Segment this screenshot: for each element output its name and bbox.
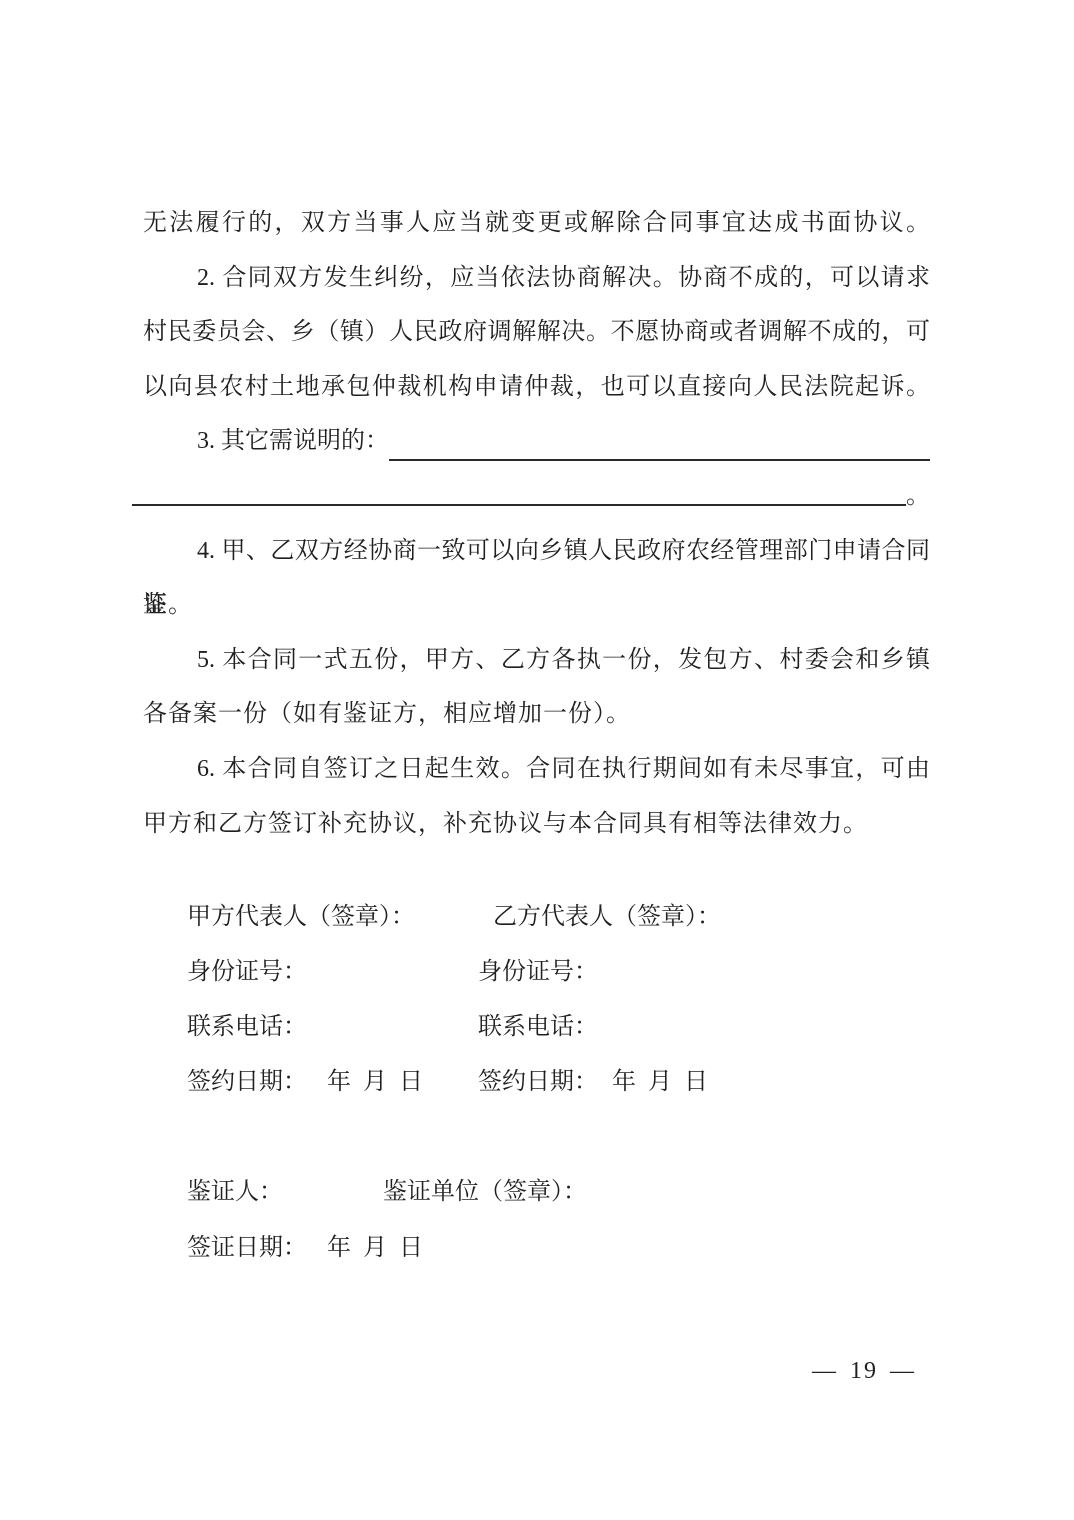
contract-line-continuation: 无法履行的，双方当事人应当就变更或解除合同事宜达成书面协议。 — [143, 196, 930, 251]
phone-row: 联系电话： 联系电话： — [143, 1000, 930, 1055]
sign-date-row: 签约日期： 年 月 日 签约日期： 年 月 日 — [143, 1055, 930, 1110]
witness-person-label: 鉴证人： — [187, 1164, 283, 1220]
party-b-sign-date-value: 年 月 日 — [612, 1055, 708, 1110]
party-a-representative-label: 甲方代表人（签章）： — [187, 890, 415, 945]
clause-3-label: 3. 其它需说明的： — [197, 414, 389, 469]
witness-date-label: 签证日期： — [187, 1220, 307, 1276]
clause-5-line-1: 5. 本合同一式五份，甲方、乙方各执一份，发包方、村委会和乡镇 — [143, 633, 930, 688]
party-a-sign-date-label: 签约日期： — [187, 1055, 307, 1110]
clause-6-line-2: 甲方和乙方签订补充协议，补充协议与本合同具有相等法律效力。 — [143, 797, 930, 852]
party-b-sign-date-label: 签约日期： — [478, 1055, 598, 1110]
clause-2-line-2: 村民委员会、乡（镇）人民政府调解解决。不愿协商或者调解不成的，可 — [143, 305, 930, 360]
party-a-phone-label: 联系电话： — [187, 1000, 307, 1055]
witness-block: 鉴证人： 鉴证单位（签章）： 签证日期： 年 月 日 — [143, 1164, 930, 1276]
party-b-representative-label: 乙方代表人（签章）： — [493, 890, 721, 945]
party-a-id-label: 身份证号： — [187, 945, 307, 1000]
clause-6-line-1: 6. 本合同自签订之日起生效。合同在执行期间如有未尽事宜，可由 — [143, 742, 930, 797]
witness-unit-label: 鉴证单位（签章）： — [383, 1164, 587, 1220]
witness-date-value: 年 月 日 — [327, 1220, 423, 1276]
witness-row: 鉴证人： 鉴证单位（签章）： — [143, 1164, 930, 1220]
party-b-id-label: 身份证号： — [478, 945, 598, 1000]
page-number: — 19 — — [812, 1356, 916, 1386]
party-a-sign-date-value: 年 月 日 — [327, 1055, 423, 1110]
fill-blank-underline — [389, 414, 930, 461]
clause-3-blank-line: 。 — [143, 469, 930, 524]
witness-date-row: 签证日期： 年 月 日 — [143, 1220, 930, 1276]
clause-2-line-3: 以向县农村土地承包仲裁机构申请仲裁，也可以直接向人民法院起诉。 — [143, 360, 930, 415]
representative-row: 甲方代表人（签章）： 乙方代表人（签章）： — [143, 890, 930, 945]
contract-body: 无法履行的，双方当事人应当就变更或解除合同事宜达成书面协议。 2. 合同双方发生… — [143, 196, 930, 851]
clause-5-line-2: 各备案一份（如有鉴证方，相应增加一份）。 — [143, 687, 930, 742]
fill-blank-underline-full — [132, 469, 906, 506]
blank-line-period: 。 — [906, 469, 930, 524]
clause-3-line: 3. 其它需说明的： — [143, 414, 930, 469]
clause-4-line-1: 4. 甲、乙双方经协商一致可以向乡镇人民政府农经管理部门申请合同鉴 — [143, 524, 930, 579]
contract-page: 无法履行的，双方当事人应当就变更或解除合同事宜达成书面协议。 2. 合同双方发生… — [0, 0, 1074, 1520]
id-number-row: 身份证号： 身份证号： — [143, 945, 930, 1000]
clause-2-line-1: 2. 合同双方发生纠纷，应当依法协商解决。协商不成的，可以请求 — [143, 251, 930, 306]
party-b-phone-label: 联系电话： — [478, 1000, 598, 1055]
signature-block: 甲方代表人（签章）： 乙方代表人（签章）： 身份证号： 身份证号： 联系电话： … — [143, 890, 930, 1110]
clause-4-line-2: 证。 — [143, 578, 930, 633]
